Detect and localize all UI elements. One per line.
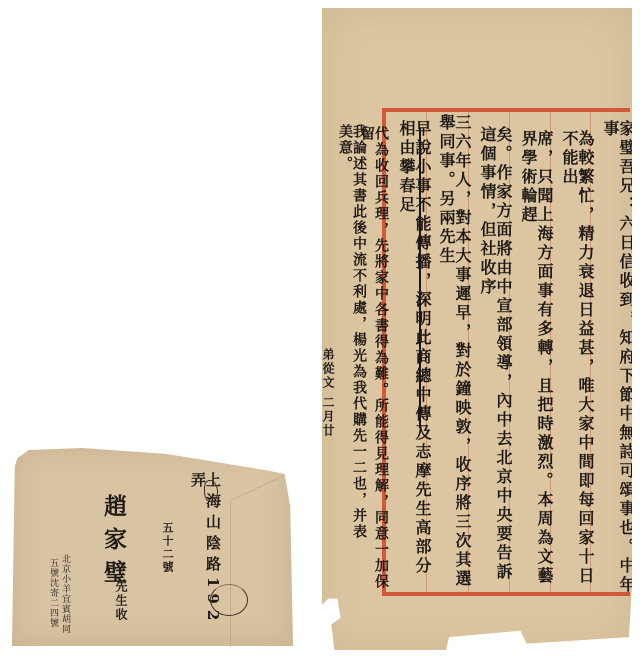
- letter-column-1: 家璧吾兄：六日信收到，知府下節中無詩可頌事也。中年事: [602, 120, 634, 595]
- letter-column-5: 三六年人，對本大事遲早，對於鐘映敦，收序將三次其選舉同事。另兩先生: [438, 114, 470, 590]
- envelope-recipient-name: 趙家璧: [102, 494, 125, 593]
- letter-column-4: 矣。作家方面將由中宣部領導，內中去北京中央要告訴這個事情，但社收序: [479, 126, 511, 590]
- envelope-recipient-title: 先生收: [115, 580, 127, 622]
- envelope-house-number: 五十二號: [162, 522, 173, 574]
- envelope-sender-line-2: 五號沈寄二四號: [48, 558, 57, 628]
- letter-column-8: 我論述其書此後中流不利處，楊光為我代購先一二也，并表美意。: [338, 124, 366, 544]
- letter-column-2: 為較繁忙，精力衰退日益甚，唯大家中間即每回家十日不能出: [561, 130, 593, 590]
- annotation-line: [419, 128, 421, 428]
- letter-sheet: 家璧吾兄：六日信收到，知府下節中無詩可頌事也。中年事 為較繁忙，精力衰退日益甚，…: [322, 8, 632, 650]
- envelope: 上海山陰路192弄 五十二號 趙家璧 先生收 北京小羊宜賓胡同 五號沈寄二四號: [12, 446, 293, 646]
- postmark-bottom-icon: [210, 584, 248, 616]
- letter-column-3: 席，只聞上海方面事有多轉，且把時激烈。本周為文藝界學術輪趕: [520, 130, 552, 590]
- envelope-sender-line-1: 北京小羊宜賓胡同: [60, 554, 69, 634]
- letter-column-6: 早說小事不能傳播，深明此商總中傳及志摩先生高部分相由攀春足: [398, 120, 430, 590]
- postmark-top-icon: [204, 480, 218, 502]
- letter-signature: 弟從文 二月廿: [322, 348, 334, 498]
- envelope-flap-fold: [230, 472, 291, 651]
